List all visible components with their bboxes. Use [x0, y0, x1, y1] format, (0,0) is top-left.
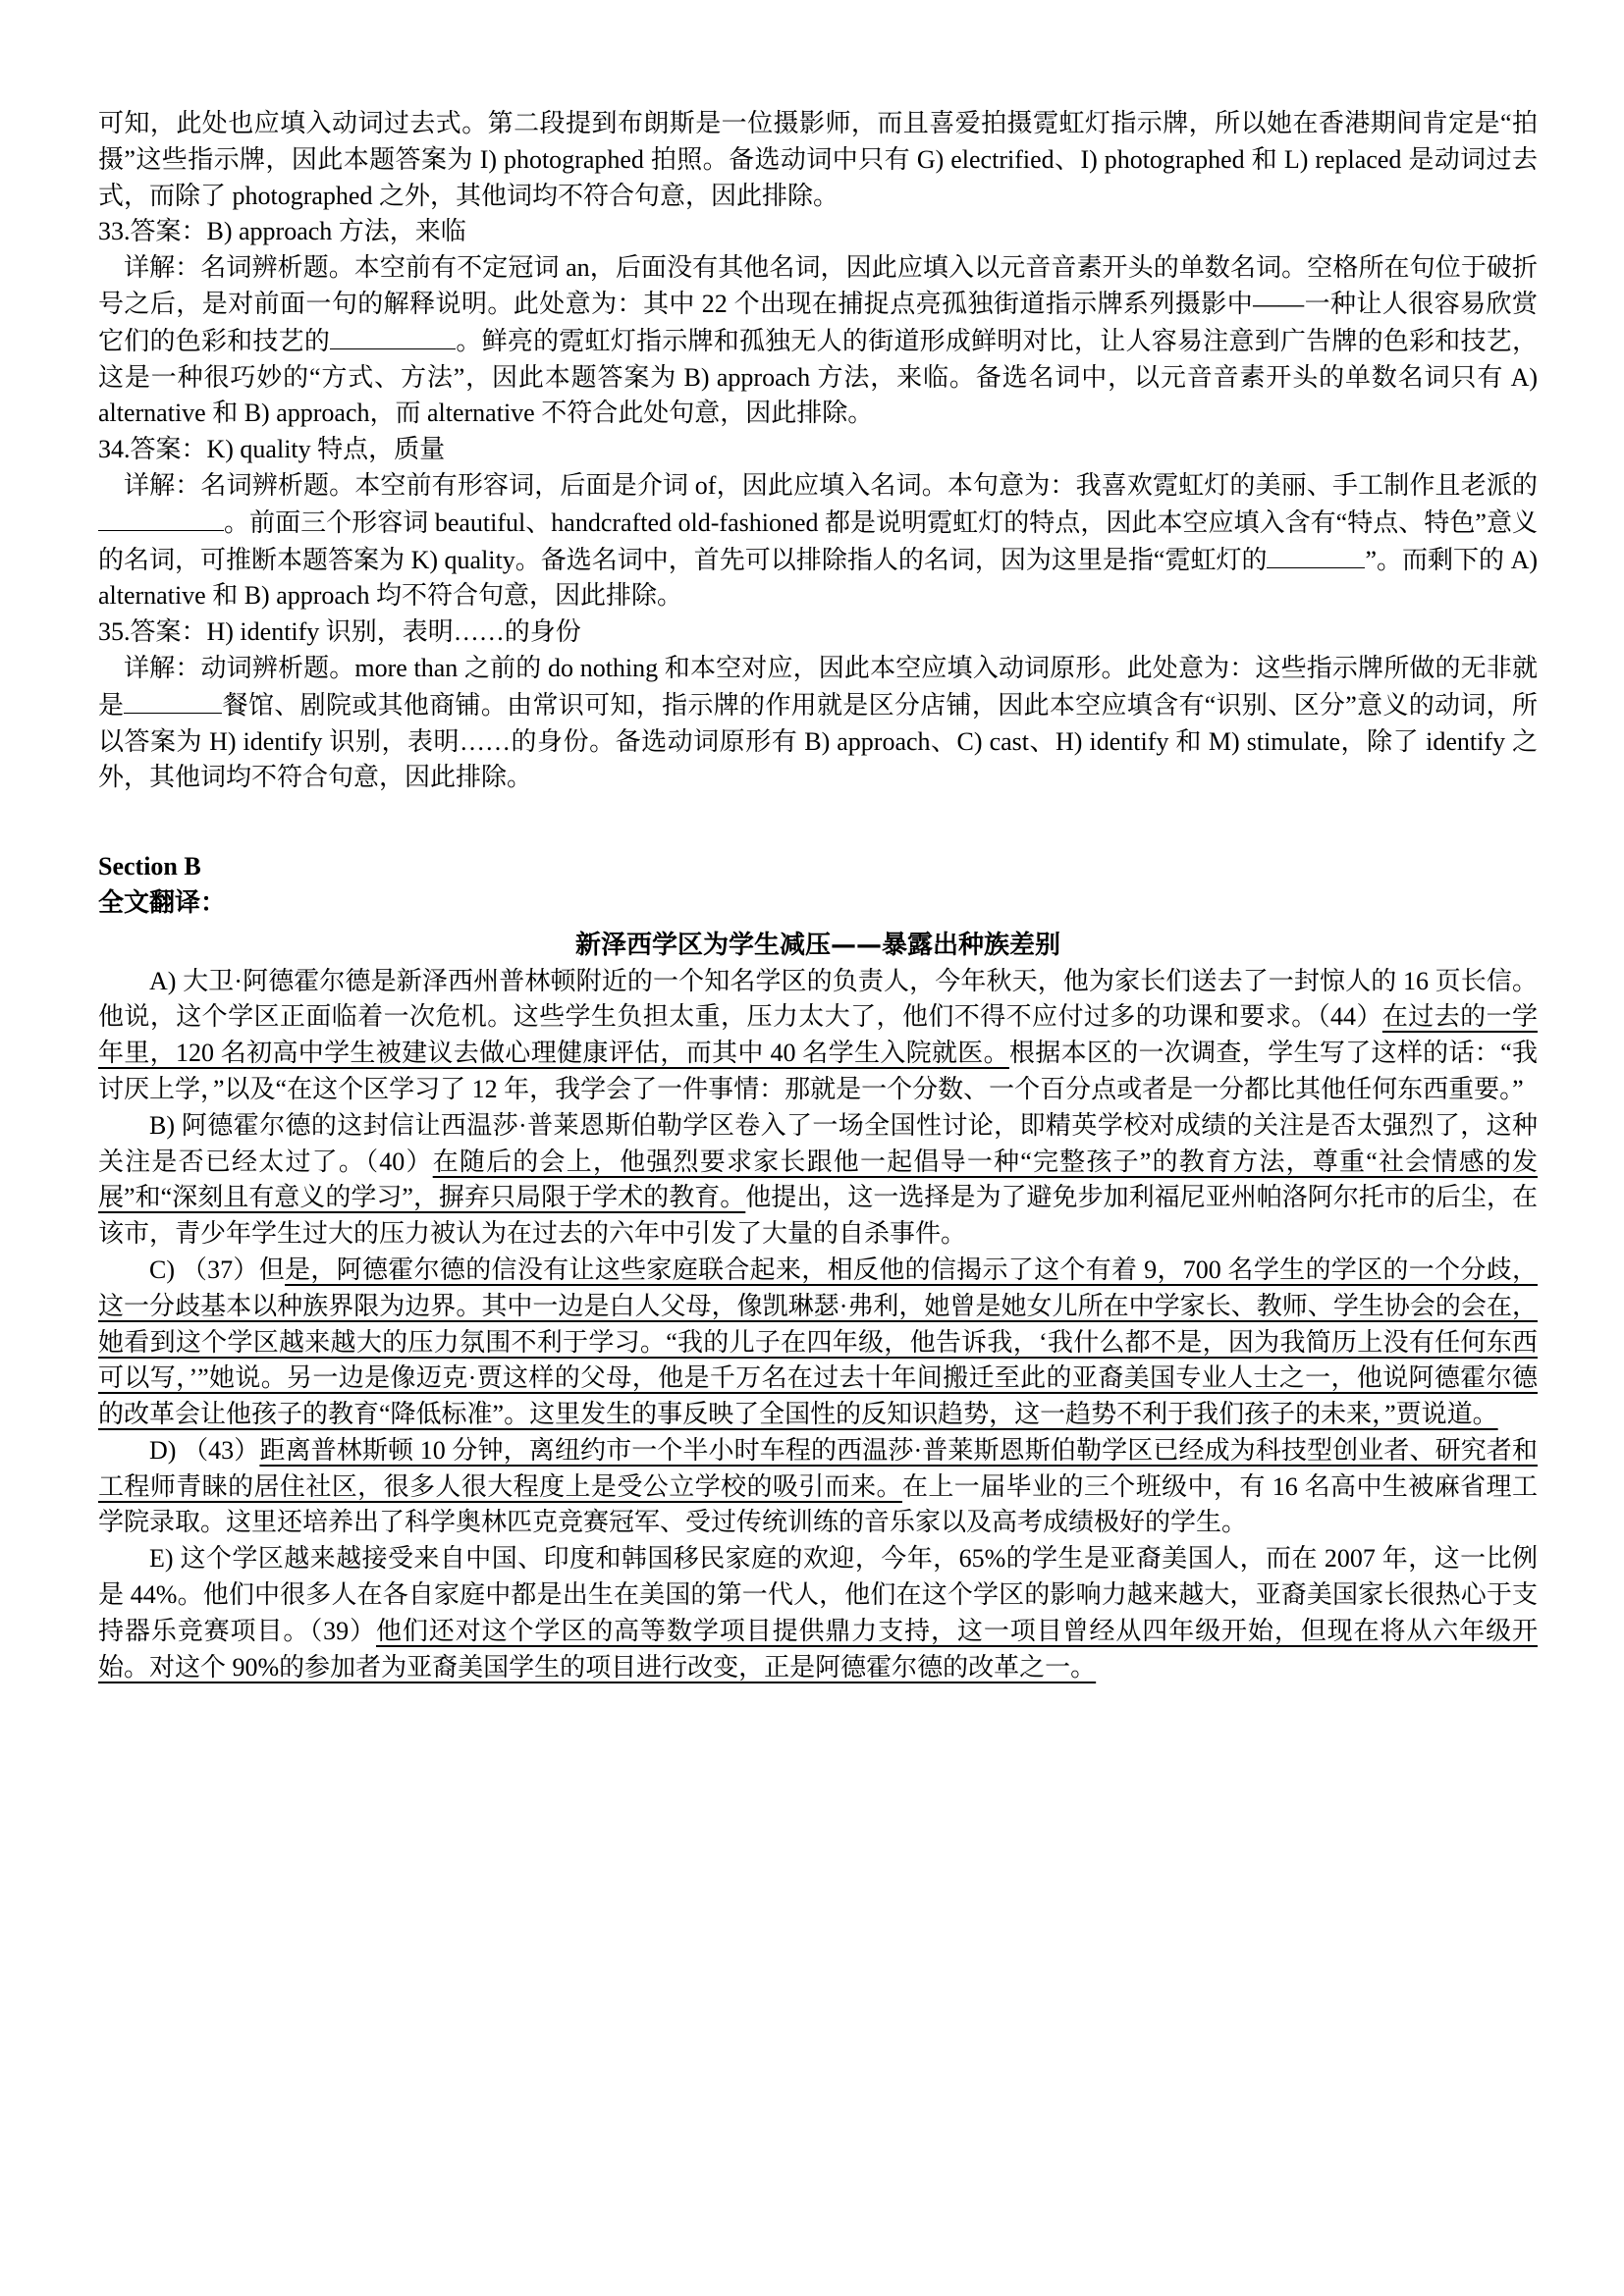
- paragraph-text: （43）: [183, 1436, 259, 1465]
- answer-35-detail-after: 餐馆、剧院或其他商铺。由常识可知，指示牌的作用就是区分店铺，因此本空应填含有“识…: [98, 691, 1538, 792]
- paragraph-label: C): [149, 1255, 182, 1284]
- paragraph-text: 大卫·阿德霍尔德是新泽西州普林顿附近的一个知名学区的负责人，今年秋天，他为家长们…: [98, 967, 1538, 1032]
- answer-34-detail: 详解：名词辨析题。本空前有形容词，后面是介词 of，因此应填入名词。本句意为：我…: [98, 468, 1538, 614]
- answer-34-detail-before: 详解：名词辨析题。本空前有形容词，后面是介词 of，因此应填入名词。本句意为：我…: [124, 471, 1538, 500]
- answer-35-header: 35.答案：H) identify 识别，表明……的身份: [98, 614, 1538, 651]
- paragraph-label: D): [149, 1436, 183, 1465]
- paragraph-b: B) 阿德霍尔德的这封信让西温莎·普莱恩斯伯勒学区卷入了一场全国性讨论，即精英学…: [98, 1108, 1538, 1253]
- answer-35-detail: 详解：动词辨析题。more than 之前的 do nothing 和本空对应，…: [98, 651, 1538, 796]
- paragraph-label: A): [149, 967, 183, 995]
- document-page: 可知，此处也应填入动词过去式。第二段提到布朗斯是一位摄影师，而且喜爱拍摄霓虹灯指…: [98, 106, 1538, 1685]
- section-b-subheading: 全文翻译：: [98, 885, 1538, 922]
- fill-blank: [1267, 542, 1365, 568]
- answer-34-header: 34.答案：K) quality 特点，质量: [98, 432, 1538, 468]
- fill-blank: [98, 505, 224, 531]
- article-title: 新泽西学区为学生减压——暴露出种族差别: [98, 928, 1538, 964]
- paragraph-label: E): [149, 1544, 180, 1573]
- underlined-sentence: 是，阿德霍尔德的信没有让这些家庭联合起来，相反他的信揭示了这个有着 9，700 …: [98, 1255, 1538, 1428]
- section-b-heading: Section B: [98, 849, 1538, 885]
- fill-blank: [330, 323, 456, 349]
- spacer: [98, 796, 1538, 849]
- paragraph-a: A) 大卫·阿德霍尔德是新泽西州普林顿附近的一个知名学区的负责人，今年秋天，他为…: [98, 964, 1538, 1108]
- answer-33-header: 33.答案：B) approach 方法，来临: [98, 214, 1538, 250]
- paragraph-e: E) 这个学区越来越接受来自中国、印度和韩国移民家庭的欢迎，今年，65%的学生是…: [98, 1541, 1538, 1685]
- answer-33-detail: 详解：名词辨析题。本空前有不定冠词 an，后面没有其他名词，因此应填入以元音音素…: [98, 250, 1538, 432]
- paragraph-text: （37）但: [182, 1255, 285, 1284]
- continuation-paragraph: 可知，此处也应填入动词过去式。第二段提到布朗斯是一位摄影师，而且喜爱拍摄霓虹灯指…: [98, 106, 1538, 214]
- paragraph-d: D) （43）距离普林斯顿 10 分钟，离纽约市一个半小时车程的西温莎·普莱斯恩…: [98, 1433, 1538, 1541]
- paragraph-c: C) （37）但是，阿德霍尔德的信没有让这些家庭联合起来，相反他的信揭示了这个有…: [98, 1253, 1538, 1433]
- paragraph-label: B): [149, 1111, 182, 1140]
- fill-blank: [124, 687, 222, 714]
